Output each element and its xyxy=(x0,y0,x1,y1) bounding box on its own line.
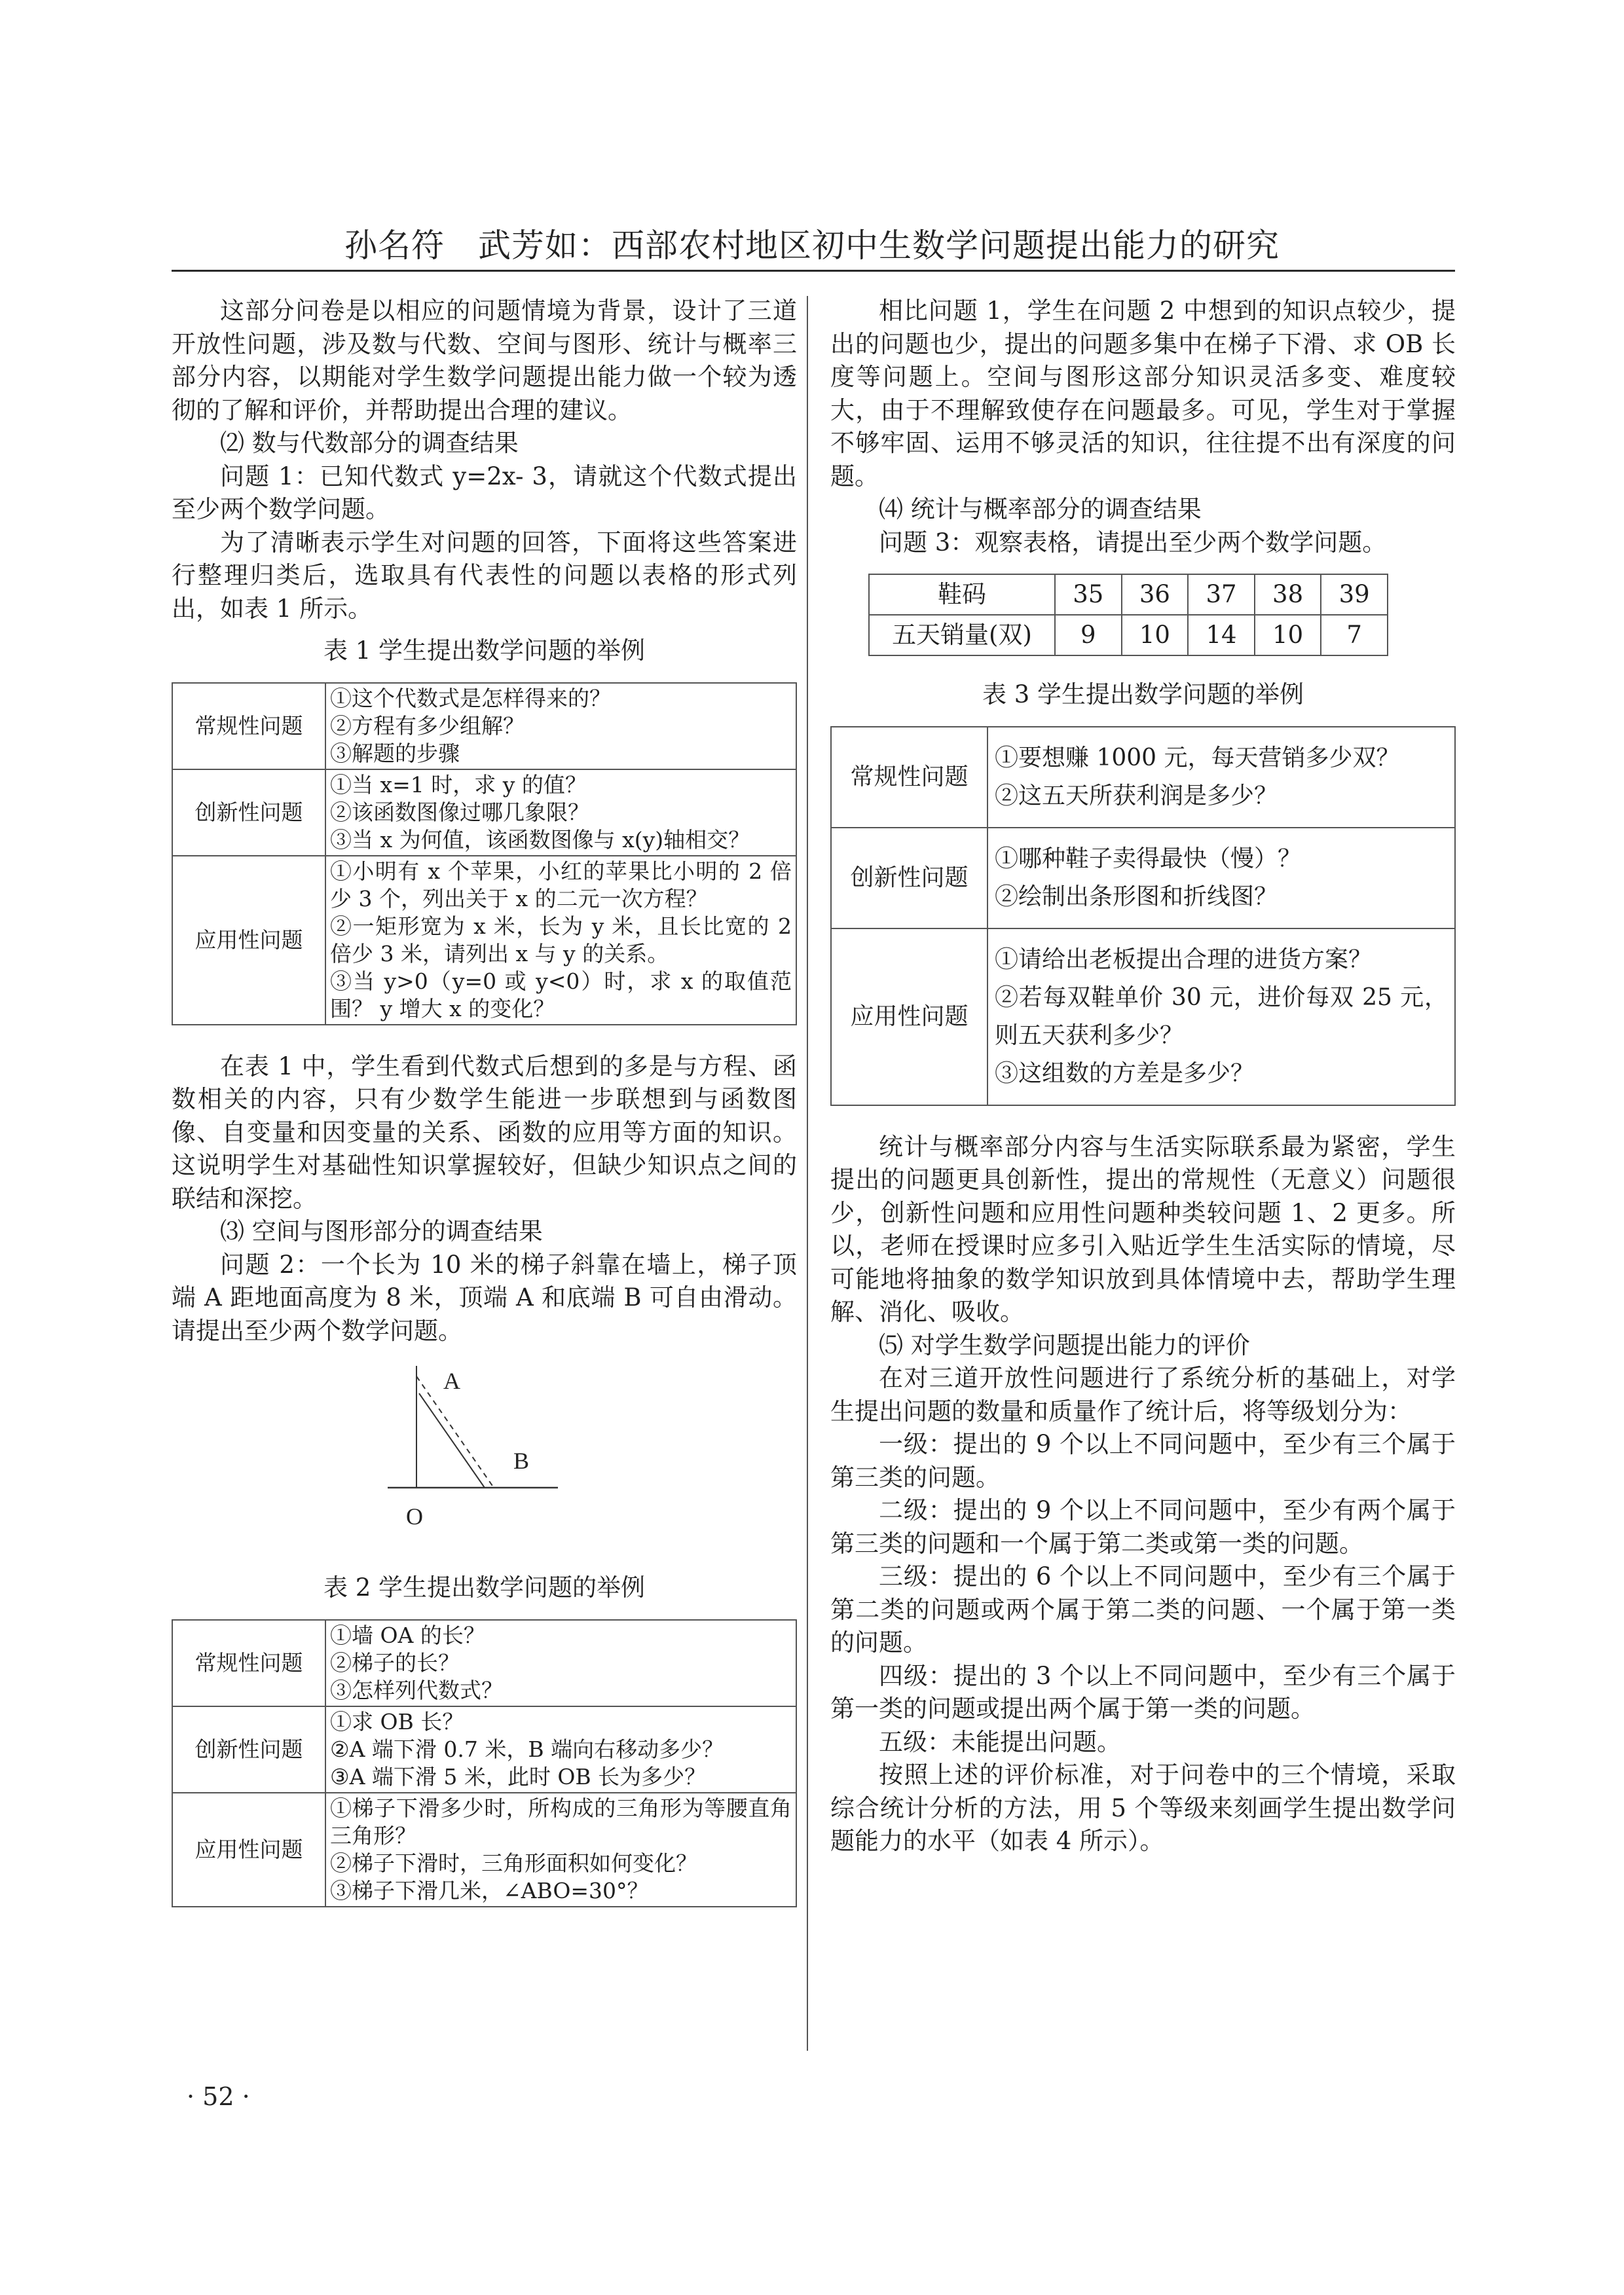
question-item: ②方程有多少组解？ xyxy=(330,712,792,740)
level-3: 三级：提出的 6 个以上不同问题中，至少有三个属于第二类的问题或两个属于第二类的… xyxy=(830,1560,1456,1660)
items-cell: ①求 OB 长？ ②A 端下滑 0.7 米，B 端向右移动多少？ ③A 端下滑 … xyxy=(325,1706,796,1793)
paragraph-q2-analysis: 相比问题 1，学生在问题 2 中想到的知识点较少，提出的问题也少，提出的问题多集… xyxy=(830,295,1456,493)
items-cell: ①哪种鞋子卖得最快（慢）？ ②绘制出条形图和折线图？ xyxy=(987,828,1455,928)
table1-caption: 表 1 学生提出数学问题的举例 xyxy=(172,634,797,668)
table-2: 常规性问题 ①墙 OA 的长？ ②梯子的长？ ③怎样列代数式？ 创新性问题 ①求… xyxy=(172,1619,797,1907)
category-cell: 常规性问题 xyxy=(172,683,325,769)
items-cell: ①当 x=1 时，求 y 的值？ ②该函数图像过哪几象限？ ③当 x 为何值，该… xyxy=(325,769,796,856)
table-row: 常规性问题 ①要想赚 1000 元，每天营销多少双？ ②这五天所获利润是多少？ xyxy=(831,727,1455,828)
table-1: 常规性问题 ①这个代数式是怎样得来的？ ②方程有多少组解？ ③解题的步骤 创新性… xyxy=(172,682,797,1025)
ladder-diagram: A B O xyxy=(172,1353,797,1588)
question-item: ③怎样列代数式？ xyxy=(330,1677,792,1704)
header-rule xyxy=(172,270,1455,272)
question-item: ②该函数图像过哪几象限？ xyxy=(330,799,792,826)
question-item: ①哪种鞋子卖得最快（慢）？ xyxy=(995,840,1448,878)
paragraph-conclusion: 按照上述的评价标准，对于问卷中的三个情境，采取综合统计分析的方法，用 5 个等级… xyxy=(830,1759,1456,1858)
paragraph-grading-intro: 在对三道开放性问题进行了系统分析的基础上，对学生提出问题的数量和质量作了统计后，… xyxy=(830,1362,1456,1428)
category-cell: 常规性问题 xyxy=(831,727,987,828)
table-row: 创新性问题 ①当 x=1 时，求 y 的值？ ②该函数图像过哪几象限？ ③当 x… xyxy=(172,769,796,856)
paragraph-table1-analysis: 在表 1 中，学生看到代数式后想到的多是与方程、函数相关的内容，只有少数学生能进… xyxy=(172,1050,797,1216)
sales-cell: 10 xyxy=(1122,615,1189,655)
paragraph-stats-analysis: 统计与概率部分内容与生活实际联系最为紧密，学生提出的问题更具创新性，提出的常规性… xyxy=(830,1131,1456,1329)
left-column: 这部分问卷是以相应的问题情境为背景，设计了三道开放性问题，涉及数与代数、空间与图… xyxy=(172,295,797,1932)
category-cell: 创新性问题 xyxy=(172,769,325,856)
question-3: 问题 3：观察表格，请提出至少两个数学问题。 xyxy=(830,526,1456,560)
running-head-title: 孙名符 武芳如：西部农村地区初中生数学问题提出能力的研究 xyxy=(0,219,1624,266)
question-item: ①梯子下滑多少时，所构成的三角形为等腰直角三角形？ xyxy=(330,1795,792,1850)
items-cell: ①这个代数式是怎样得来的？ ②方程有多少组解？ ③解题的步骤 xyxy=(325,683,796,769)
question-item: ②绘制出条形图和折线图？ xyxy=(995,878,1448,916)
row-label-sales: 五天销量(双) xyxy=(869,615,1055,655)
size-cell: 35 xyxy=(1055,574,1122,615)
items-cell: ①请给出老板提出合理的进货方案？ ②若每双鞋单价 30 元，进价每双 25 元，… xyxy=(987,928,1455,1105)
question-item: ②若每双鞋单价 30 元，进价每双 25 元，则五天获利多少？ xyxy=(995,979,1448,1055)
category-cell: 创新性问题 xyxy=(831,828,987,928)
category-cell: 应用性问题 xyxy=(172,856,325,1025)
sales-cell: 7 xyxy=(1321,615,1388,655)
question-item: ①当 x=1 时，求 y 的值？ xyxy=(330,771,792,799)
size-cell: 37 xyxy=(1188,574,1255,615)
items-cell: ①要想赚 1000 元，每天营销多少双？ ②这五天所获利润是多少？ xyxy=(987,727,1455,828)
table-3: 常规性问题 ①要想赚 1000 元，每天营销多少双？ ②这五天所获利润是多少？ … xyxy=(830,726,1456,1106)
category-cell: 创新性问题 xyxy=(172,1706,325,1793)
items-cell: ①梯子下滑多少时，所构成的三角形为等腰直角三角形？ ②梯子下滑时，三角形面积如何… xyxy=(325,1793,796,1907)
table-row: 创新性问题 ①哪种鞋子卖得最快（慢）？ ②绘制出条形图和折线图？ xyxy=(831,828,1455,928)
size-cell: 36 xyxy=(1122,574,1189,615)
question-item: ①墙 OA 的长？ xyxy=(330,1622,792,1649)
category-cell: 常规性问题 xyxy=(172,1620,325,1706)
section-heading-4: ⑷ 统计与概率部分的调查结果 xyxy=(830,493,1456,526)
question-item: ①请给出老板提出合理的进货方案？ xyxy=(995,941,1448,979)
section-heading-2: ⑵ 数与代数部分的调查结果 xyxy=(172,427,797,460)
question-item: ①这个代数式是怎样得来的？ xyxy=(330,685,792,712)
level-2: 二级：提出的 9 个以上不同问题中，至少有两个属于第三类的问题和一个属于第二类或… xyxy=(830,1494,1456,1560)
question-item: ③这组数的方差是多少？ xyxy=(995,1055,1448,1093)
row-label-size: 鞋码 xyxy=(869,574,1055,615)
question-item: ②梯子的长？ xyxy=(330,1649,792,1677)
size-cell: 38 xyxy=(1255,574,1321,615)
question-item: ③梯子下滑几米，∠ABO=30°？ xyxy=(330,1877,792,1905)
label-b: B xyxy=(513,1448,529,1474)
table-row: 应用性问题 ①梯子下滑多少时，所构成的三角形为等腰直角三角形？ ②梯子下滑时，三… xyxy=(172,1793,796,1907)
question-1: 问题 1：已知代数式 y=2x- 3，请就这个代数式提出至少两个数学问题。 xyxy=(172,460,797,526)
question-item: ③当 x 为何值，该函数图像与 x(y)轴相交？ xyxy=(330,826,792,854)
label-a: A xyxy=(443,1368,460,1394)
section-heading-5: ⑸ 对学生数学问题提出能力的评价 xyxy=(830,1329,1456,1363)
question-item: ①要想赚 1000 元，每天营销多少双？ xyxy=(995,739,1448,777)
label-o: O xyxy=(406,1503,423,1530)
question-2: 问题 2：一个长为 10 米的梯子斜靠在墙上，梯子顶端 A 距地面高度为 8 米… xyxy=(172,1249,797,1348)
question-item: ②一矩形宽为 x 米，长为 y 米，且长比宽的 2 倍少 3 米，请列出 x 与… xyxy=(330,913,792,968)
table-row-sizes: 鞋码 35 36 37 38 39 xyxy=(869,574,1388,615)
section-heading-3: ⑶ 空间与图形部分的调查结果 xyxy=(172,1215,797,1249)
sales-cell: 9 xyxy=(1055,615,1122,655)
question-item: ③A 端下滑 5 米，此时 OB 长为多少？ xyxy=(330,1763,792,1791)
question-item: ①求 OB 长？ xyxy=(330,1708,792,1736)
table-row: 应用性问题 ①请给出老板提出合理的进货方案？ ②若每双鞋单价 30 元，进价每双… xyxy=(831,928,1455,1105)
table3-caption: 表 3 学生提出数学问题的举例 xyxy=(830,678,1456,712)
intro-paragraph: 这部分问卷是以相应的问题情境为背景，设计了三道开放性问题，涉及数与代数、空间与图… xyxy=(172,295,797,427)
question-item: ②梯子下滑时，三角形面积如何变化？ xyxy=(330,1850,792,1877)
level-4: 四级：提出的 3 个以上不同问题中，至少有三个属于第一类的问题或提出两个属于第一… xyxy=(830,1660,1456,1726)
size-cell: 39 xyxy=(1321,574,1388,615)
question-item: ①小明有 x 个苹果，小红的苹果比小明的 2 倍少 3 个，列出关于 x 的二元… xyxy=(330,858,792,913)
ladder-figure-icon: A B O xyxy=(172,1353,797,1588)
items-cell: ①墙 OA 的长？ ②梯子的长？ ③怎样列代数式？ xyxy=(325,1620,796,1706)
level-5: 五级：未能提出问题。 xyxy=(830,1726,1456,1759)
shoe-sales-table: 鞋码 35 36 37 38 39 五天销量(双) 9 10 14 10 7 xyxy=(868,574,1388,656)
paragraph-table1-intro: 为了清晰表示学生对问题的回答，下面将这些答案进行整理归类后，选取具有代表性的问题… xyxy=(172,526,797,626)
page-number: · 52 · xyxy=(187,2082,250,2111)
sales-cell: 10 xyxy=(1255,615,1321,655)
question-item: ②A 端下滑 0.7 米，B 端向右移动多少？ xyxy=(330,1736,792,1763)
items-cell: ①小明有 x 个苹果，小红的苹果比小明的 2 倍少 3 个，列出关于 x 的二元… xyxy=(325,856,796,1025)
table-row: 应用性问题 ①小明有 x 个苹果，小红的苹果比小明的 2 倍少 3 个，列出关于… xyxy=(172,856,796,1025)
question-item: ③当 y>0（y=0 或 y<0）时，求 x 的取值范围？ y 增大 x 的变化… xyxy=(330,968,792,1023)
table-row: 常规性问题 ①墙 OA 的长？ ②梯子的长？ ③怎样列代数式？ xyxy=(172,1620,796,1706)
level-1: 一级：提出的 9 个以上不同问题中，至少有三个属于第三类的问题。 xyxy=(830,1428,1456,1494)
table-row: 常规性问题 ①这个代数式是怎样得来的？ ②方程有多少组解？ ③解题的步骤 xyxy=(172,683,796,769)
category-cell: 应用性问题 xyxy=(831,928,987,1105)
table-row: 创新性问题 ①求 OB 长？ ②A 端下滑 0.7 米，B 端向右移动多少？ ③… xyxy=(172,1706,796,1793)
question-item: ②这五天所获利润是多少？ xyxy=(995,777,1448,815)
sales-cell: 14 xyxy=(1188,615,1255,655)
question-item: ③解题的步骤 xyxy=(330,740,792,767)
category-cell: 应用性问题 xyxy=(172,1793,325,1907)
right-column: 相比问题 1，学生在问题 2 中想到的知识点较少，提出的问题也少，提出的问题多集… xyxy=(830,295,1456,1858)
column-divider xyxy=(807,296,808,2051)
table-row-sales: 五天销量(双) 9 10 14 10 7 xyxy=(869,615,1388,655)
